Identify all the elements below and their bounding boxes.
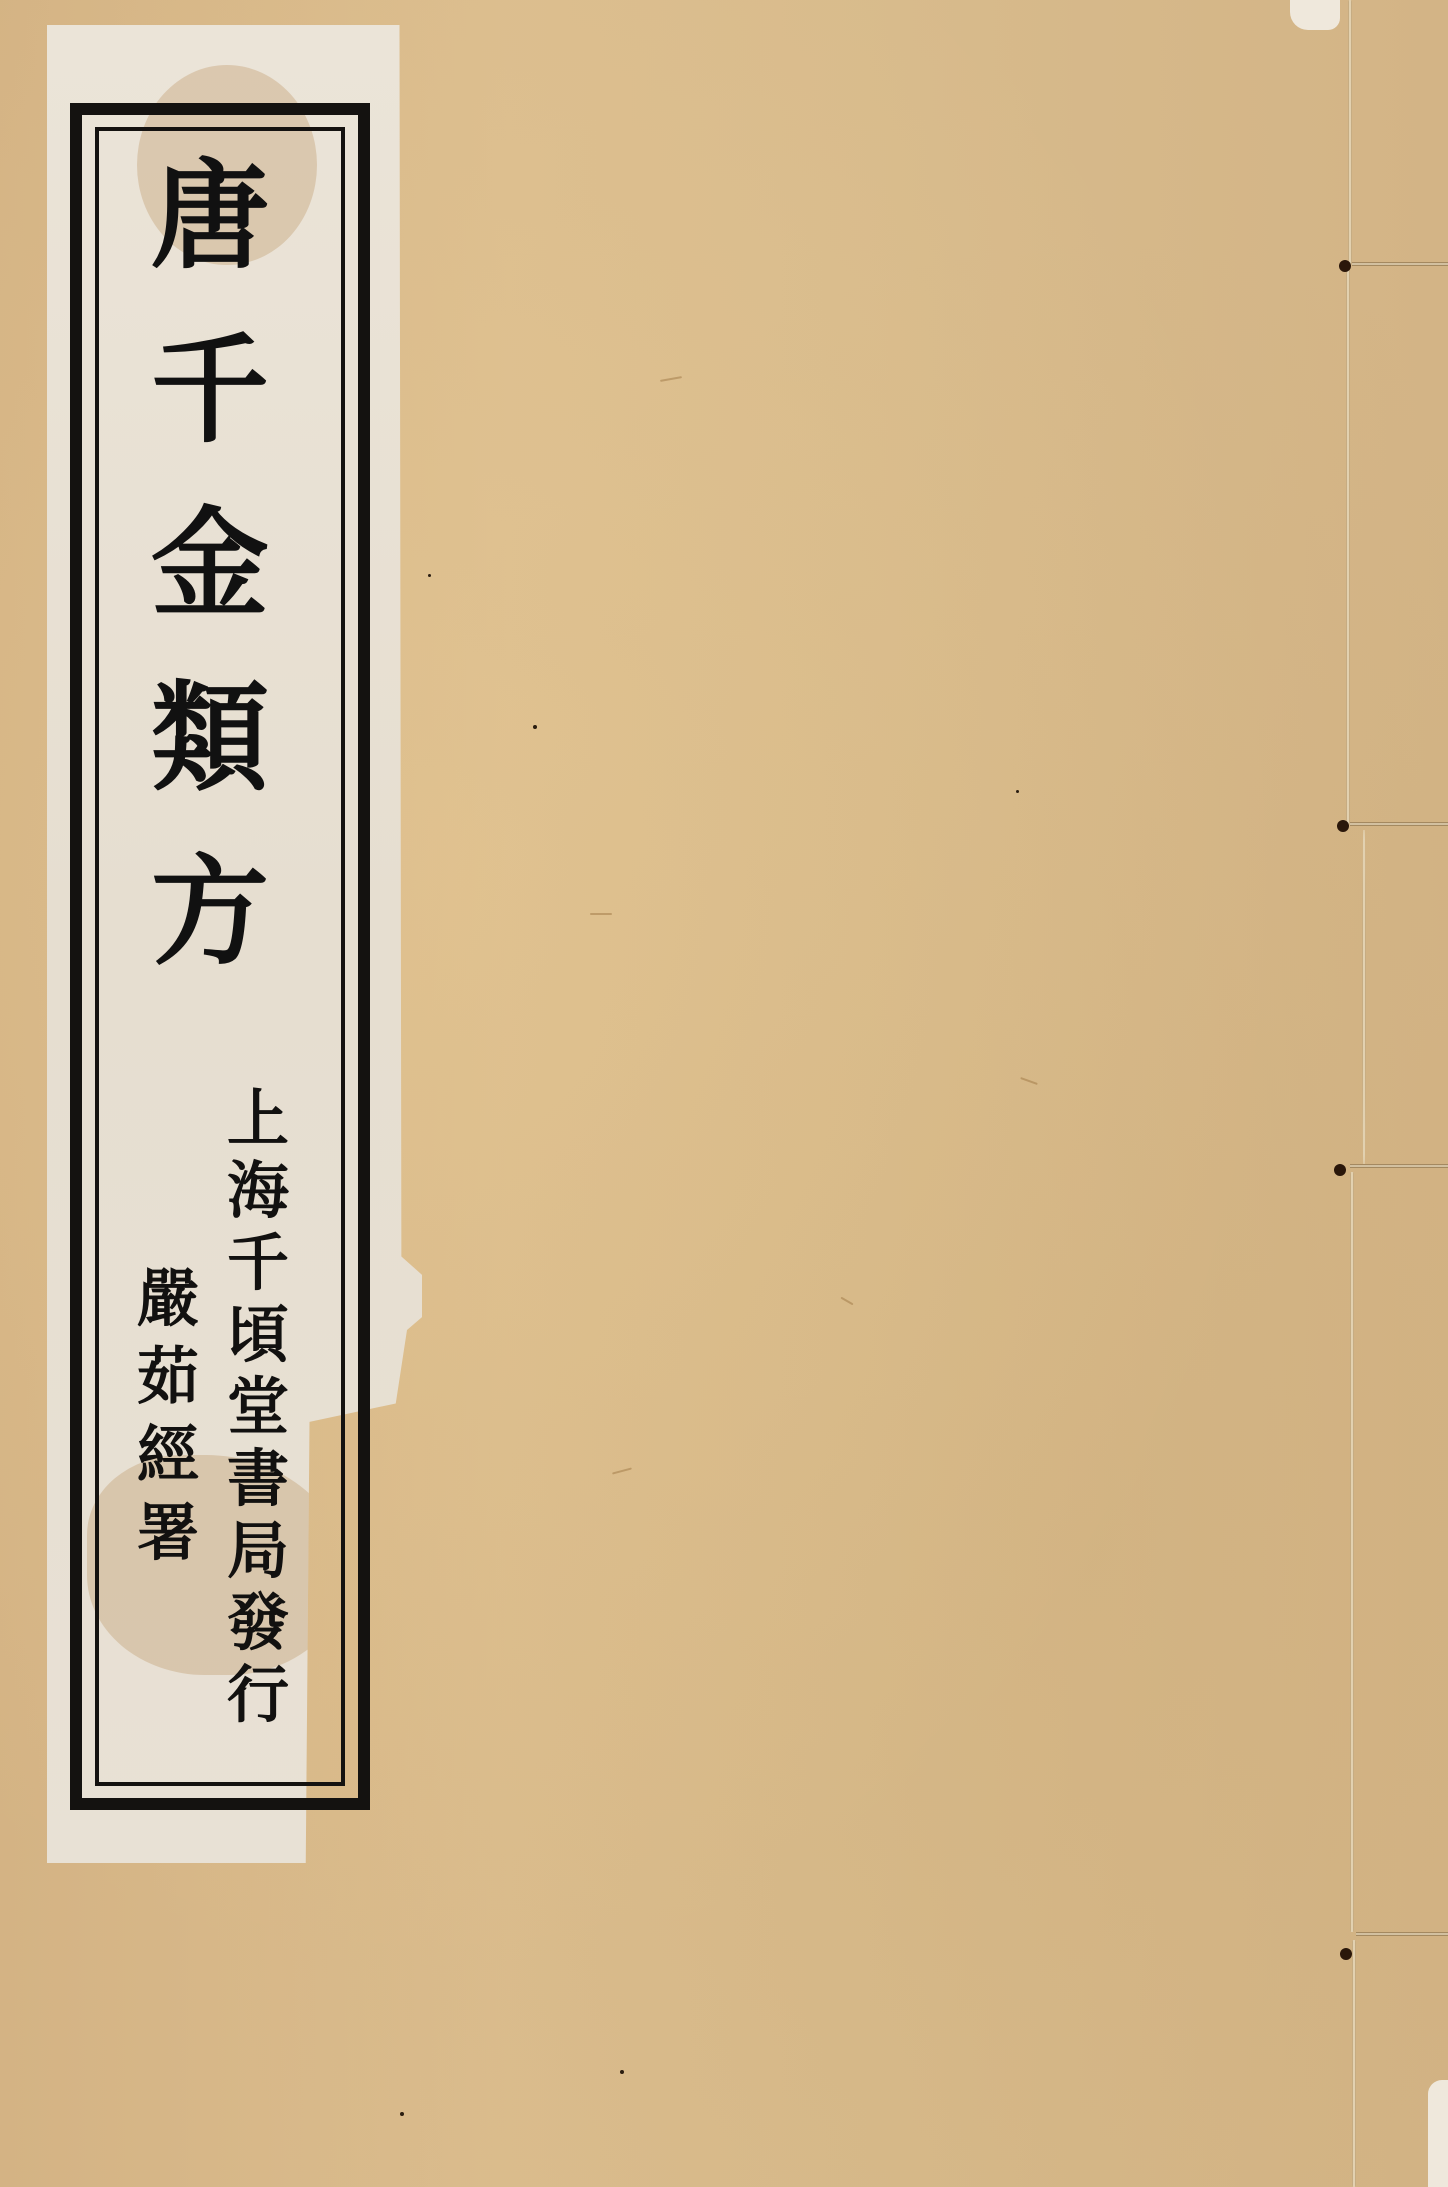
stitch-hole: [1334, 1164, 1346, 1176]
title-char: 千: [151, 331, 269, 449]
book-cover: 唐 千 金 類 方 上 海 千 頃 堂 書 局 發 行 嚴 茹 經 署: [0, 0, 1448, 2187]
binding-thread: [1356, 1932, 1448, 1936]
book-title: 唐 千 金 類 方: [120, 145, 300, 1027]
publisher-char: 書: [227, 1448, 289, 1510]
binding-thread: [1352, 262, 1448, 266]
calligrapher-char: 署: [137, 1502, 199, 1564]
stitch-hole: [1340, 1948, 1352, 1960]
binding-thread: [1362, 830, 1366, 1164]
stitch-hole: [1337, 820, 1349, 832]
paper-speck: [400, 2112, 404, 2116]
publisher-char: 發: [227, 1592, 289, 1654]
paper-fiber: [660, 376, 682, 382]
binding-thread: [1346, 268, 1350, 824]
calligrapher-char: 經: [137, 1424, 199, 1486]
title-char: 方: [151, 853, 269, 971]
paper-fiber: [590, 913, 612, 915]
publisher-char: 局: [227, 1520, 289, 1582]
paper-fiber: [612, 1467, 632, 1474]
title-char: 金: [151, 505, 269, 623]
publisher-char: 行: [227, 1664, 289, 1726]
publisher-line: 上 海 千 頃 堂 書 局 發 行: [218, 1088, 298, 1736]
torn-corner: [1290, 0, 1340, 30]
title-char: 唐: [151, 157, 269, 275]
paper-fiber: [1020, 1077, 1038, 1085]
binding-thread: [1352, 1940, 1356, 2187]
publisher-char: 海: [227, 1160, 289, 1222]
title-char: 類: [151, 679, 269, 797]
binding-thread: [1350, 1164, 1448, 1168]
calligrapher-char: 嚴: [137, 1268, 199, 1330]
publisher-char: 堂: [227, 1376, 289, 1438]
torn-corner: [1428, 2080, 1448, 2187]
calligrapher-char: 茹: [137, 1346, 199, 1408]
publisher-char: 上: [227, 1088, 289, 1150]
paper-speck: [620, 2070, 624, 2074]
binding-thread: [1348, 0, 1352, 265]
publisher-char: 頃: [227, 1304, 289, 1366]
paper-fiber: [840, 1297, 853, 1306]
paper-speck: [428, 574, 431, 577]
paper-speck: [533, 725, 537, 729]
stitch-hole: [1339, 260, 1351, 272]
binding-thread: [1350, 1172, 1354, 1932]
publisher-char: 千: [227, 1232, 289, 1294]
binding-thread: [1350, 822, 1448, 826]
calligrapher-line: 嚴 茹 經 署: [128, 1268, 208, 1574]
paper-speck: [1016, 790, 1019, 793]
